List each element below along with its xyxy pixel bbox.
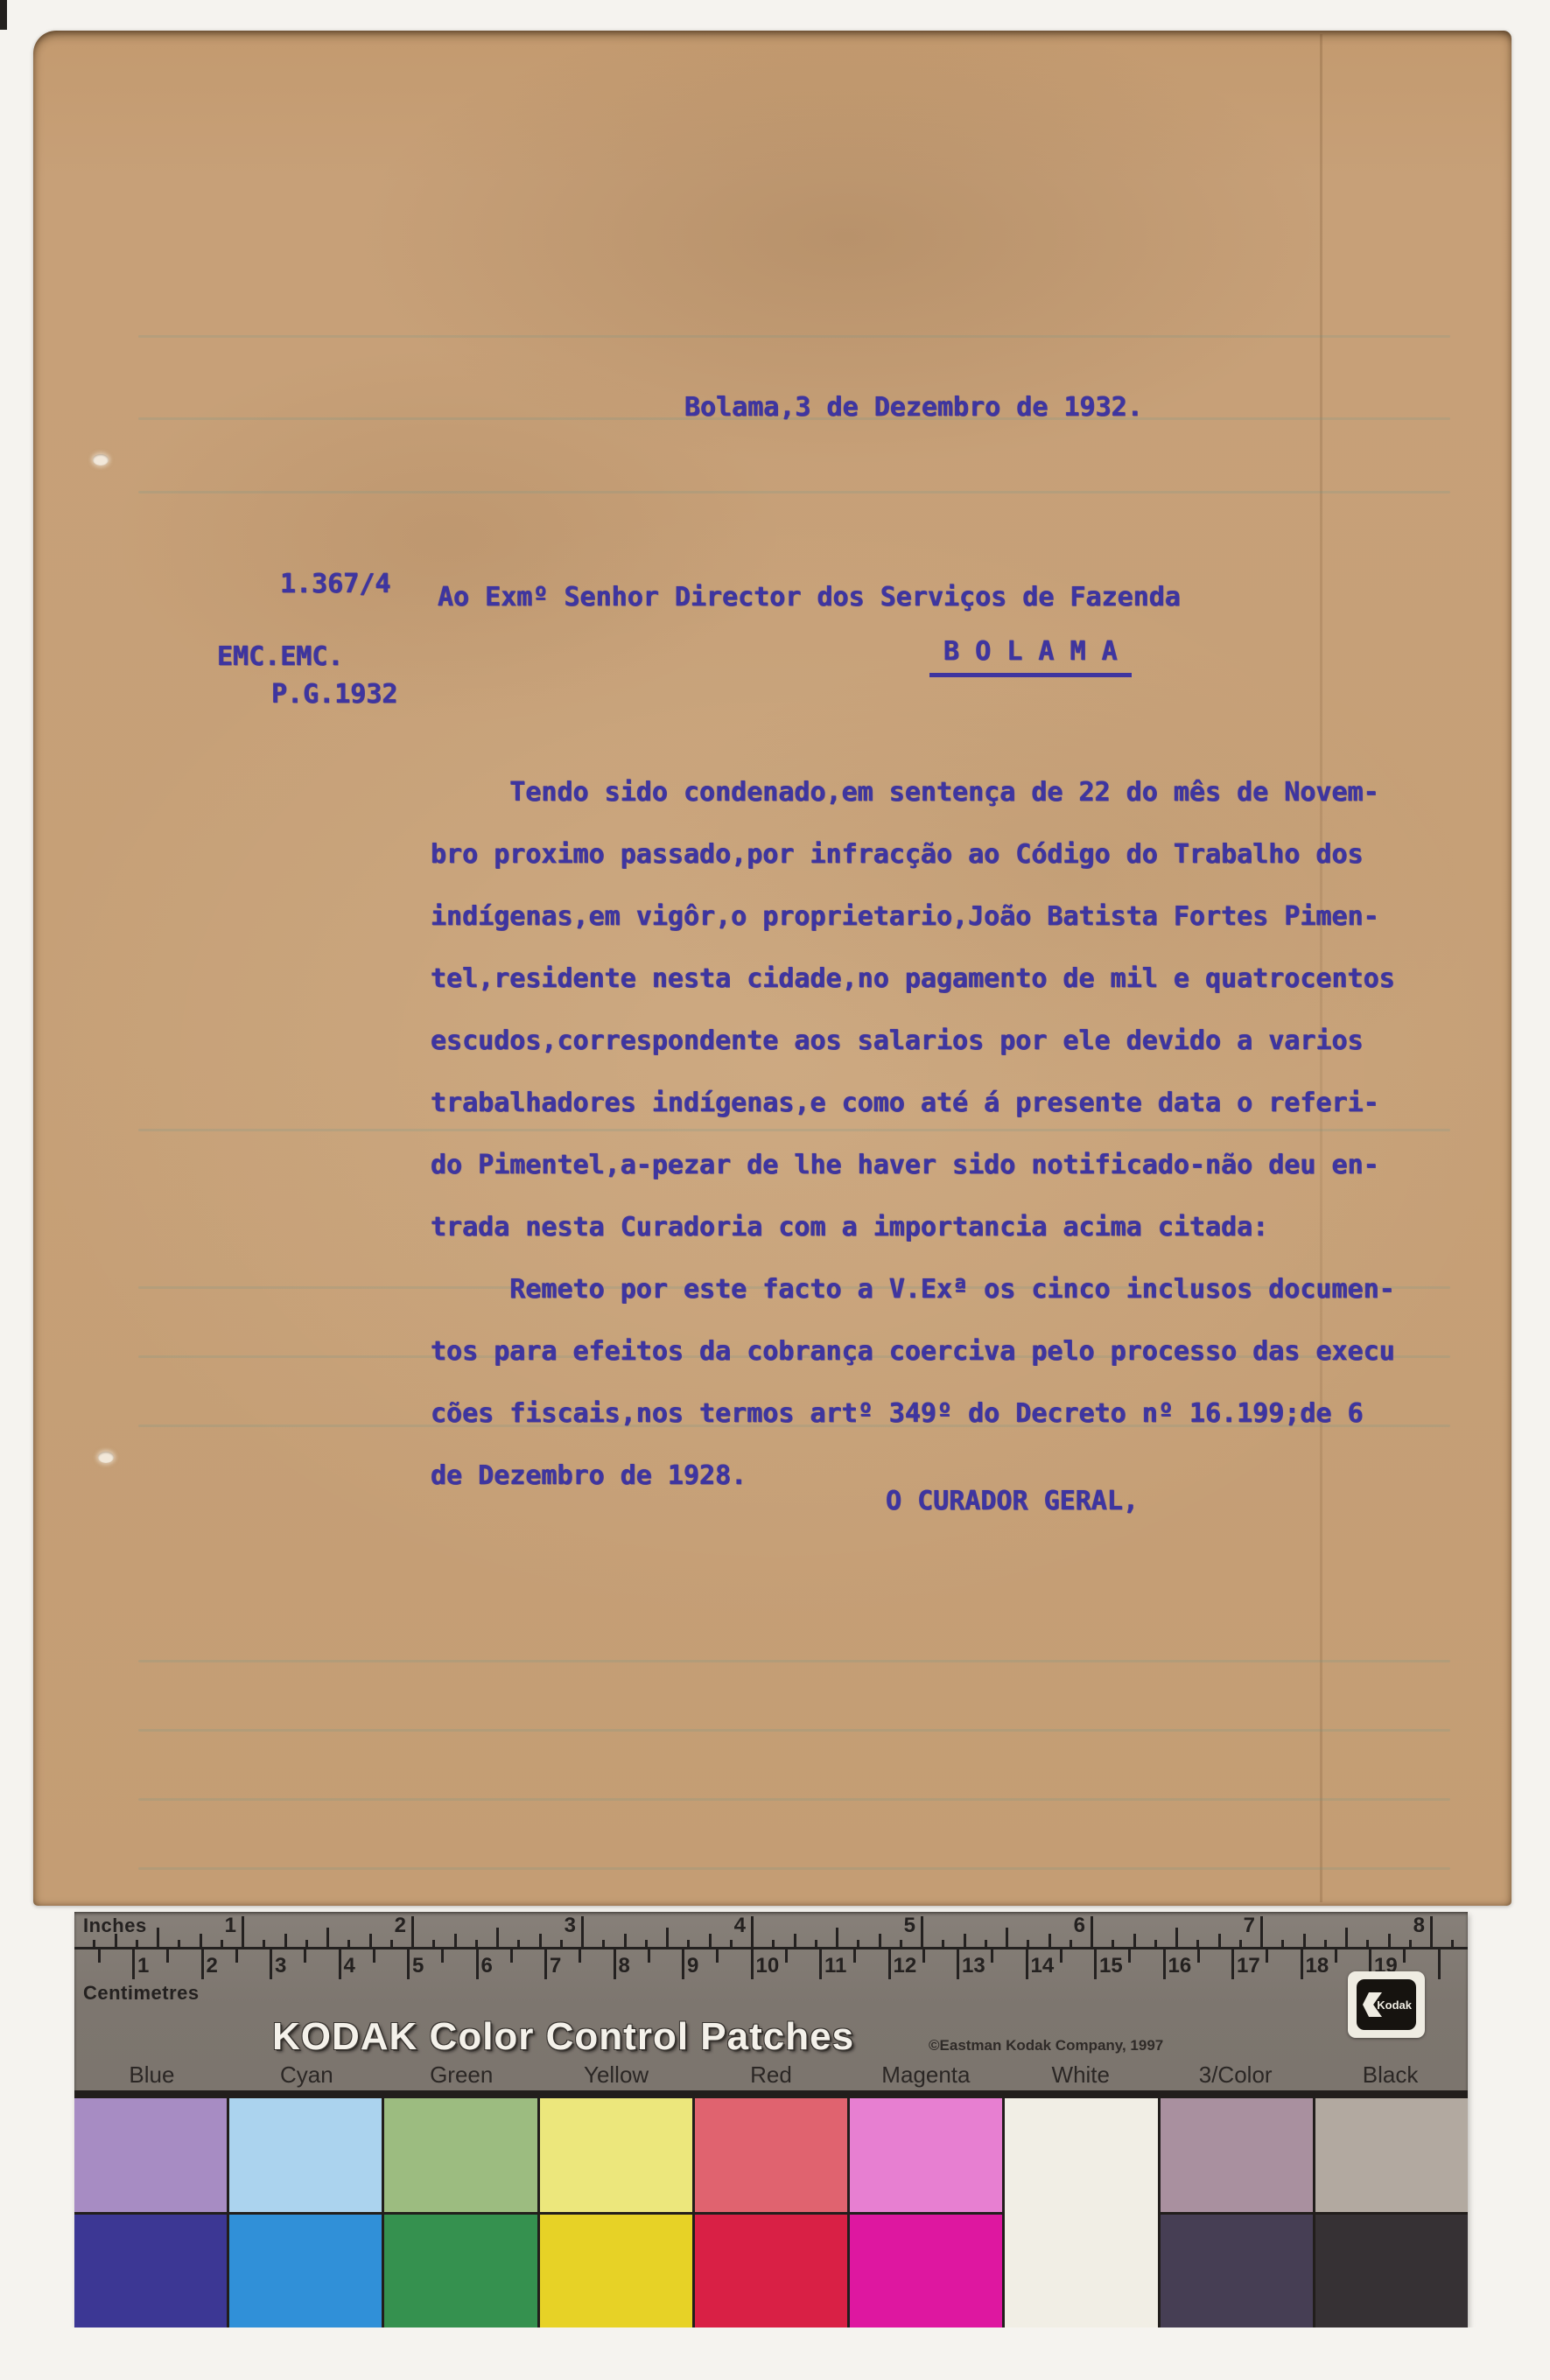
ruler-number: 12 xyxy=(894,1954,917,1978)
place-name-underlined: B O L A M A xyxy=(929,636,1132,677)
ruler-number: 8 xyxy=(619,1954,630,1978)
ruler-tick xyxy=(751,1949,754,1979)
scanner-background: Bolama,3 de Dezembro de 1932. 1.367/4 P.… xyxy=(0,0,1550,2380)
letter-body-line: tos para efeitos da cobrança coerciva pe… xyxy=(431,1320,1395,1382)
ruler-tick xyxy=(539,1934,542,1949)
ruler-number: 17 xyxy=(1237,1954,1260,1978)
ruler-number: 8 xyxy=(1397,1914,1425,1938)
ruler-tick xyxy=(407,1949,410,1979)
patch-3-color-dark xyxy=(1161,2215,1313,2328)
ruler-tick xyxy=(985,1940,987,1949)
patch-red-light xyxy=(695,2098,847,2212)
ruler-tick xyxy=(544,1949,547,1979)
ruler-tick xyxy=(730,1940,733,1949)
ruler-tick xyxy=(1112,1940,1114,1949)
ruler-tick xyxy=(454,1934,457,1949)
ruler-tick xyxy=(614,1949,616,1979)
ruled-line xyxy=(138,1660,1450,1662)
ruler-tick xyxy=(132,1949,135,1979)
ruler-tick xyxy=(326,1928,329,1949)
letter-page: Bolama,3 de Dezembro de 1932. 1.367/4 P.… xyxy=(33,31,1511,1906)
punch-hole xyxy=(93,454,109,465)
ruler-number: 15 xyxy=(1099,1954,1123,1978)
letter-body-line: bro proximo passado,por infracção ao Cód… xyxy=(431,823,1395,885)
ruler-tick xyxy=(1260,1916,1263,1949)
patch-magenta-light xyxy=(850,2098,1002,2212)
ruler-tick xyxy=(1345,1928,1348,1949)
ruler-tick xyxy=(879,1934,881,1949)
scanner-background-bottom xyxy=(0,2327,1550,2380)
ruler-number: 10 xyxy=(756,1954,780,1978)
patch-blue-light xyxy=(74,2098,227,2212)
kodak-logo-inner: Kodak xyxy=(1357,1979,1416,2030)
ruler-tick xyxy=(1133,1934,1136,1949)
ruler-tick xyxy=(441,1949,444,1963)
letter-body-line: do Pimentel,a-pezar de lhe haver sido no… xyxy=(431,1134,1395,1196)
patch-yellow-light xyxy=(540,2098,692,2212)
ruler-number: 1 xyxy=(137,1954,149,1978)
scan-edge-mark xyxy=(0,0,7,30)
ruler-tick xyxy=(1438,1949,1441,1979)
ruled-line xyxy=(138,335,1450,338)
ruler-number: 6 xyxy=(481,1954,493,1978)
ruler-tick xyxy=(921,1916,923,1949)
ruler-tick xyxy=(964,1934,966,1949)
ruler-tick xyxy=(857,1940,859,1949)
reference-line1: 1.367/4 xyxy=(280,566,398,603)
ruler-tick xyxy=(221,1940,223,1949)
ruler-tick xyxy=(560,1940,563,1949)
ruler-tick xyxy=(819,1949,822,1979)
ruler-tick xyxy=(1366,1940,1369,1949)
ruler-tick xyxy=(900,1940,902,1949)
ruler-tick xyxy=(682,1949,684,1979)
reference-line2: P.G.1932 xyxy=(271,676,398,713)
ruler-tick xyxy=(476,1949,479,1979)
ruler-tick xyxy=(201,1949,204,1979)
ruler-tick xyxy=(648,1949,650,1963)
patch-label-blue: Blue xyxy=(74,2061,229,2089)
ruler-tick xyxy=(1266,1949,1268,1963)
ruler-tick xyxy=(1070,1940,1072,1949)
ruler-tick xyxy=(1231,1949,1234,1979)
patch-3-color-light xyxy=(1161,2098,1313,2212)
closing-line: O CURADOR GERAL, xyxy=(886,1486,1139,1516)
ruler-tick xyxy=(579,1949,581,1963)
ruler-tick xyxy=(1006,1928,1008,1949)
ruler-number: 9 xyxy=(687,1954,698,1978)
ruler-number: 3 xyxy=(275,1954,286,1978)
reference-number: 1.367/4 P.G.1932 xyxy=(280,493,398,787)
patch-black-light xyxy=(1315,2098,1468,2212)
ruler-tick xyxy=(1388,1934,1391,1949)
ruler-number: 5 xyxy=(887,1914,915,1938)
ruler-tick xyxy=(1128,1949,1131,1963)
kodak-logo: Kodak xyxy=(1348,1971,1425,2038)
patch-label-yellow: Yellow xyxy=(539,2061,694,2089)
ruler-tick xyxy=(1451,1940,1454,1949)
patch-cyan-light xyxy=(229,2098,382,2212)
patch-blue-dark xyxy=(74,2215,227,2328)
patch-yellow-dark xyxy=(540,2215,692,2328)
ruler-tick xyxy=(687,1940,690,1949)
ruled-line xyxy=(138,1867,1450,1870)
ruler-tick xyxy=(624,1934,627,1949)
ruler-tick xyxy=(922,1949,925,1963)
ruler-number: 13 xyxy=(962,1954,985,1978)
ruler-tick xyxy=(853,1949,856,1963)
ruler-tick xyxy=(1218,1934,1221,1949)
ruler-tick xyxy=(645,1940,648,1949)
ruler-tick xyxy=(115,1934,117,1949)
ruler-number: 5 xyxy=(412,1954,424,1978)
ruler-tick xyxy=(1335,1949,1337,1963)
letter-body-line: cões fiscais,nos termos artº 349º do Dec… xyxy=(431,1382,1395,1445)
ruler-tick xyxy=(581,1916,584,1949)
patch-grid xyxy=(74,2090,1468,2327)
ruler-tick xyxy=(1281,1940,1284,1949)
ruler-number: 6 xyxy=(1057,1914,1085,1938)
ruler-tick xyxy=(836,1928,838,1949)
kodak-color-strip: Inches Centimetres 123456781234567891011… xyxy=(74,1912,1468,2327)
ruler-number: 2 xyxy=(378,1914,406,1938)
ruler-tick xyxy=(716,1949,719,1963)
ruler-tick xyxy=(1060,1949,1063,1963)
letter-body-line: Remeto por este facto a V.Exª os cinco i… xyxy=(431,1258,1395,1320)
ruler-tick xyxy=(1197,1949,1200,1963)
ruler-tick xyxy=(772,1940,775,1949)
ruler-tick xyxy=(178,1940,180,1949)
ruler-tick xyxy=(942,1940,944,1949)
ruler-tick xyxy=(432,1940,435,1949)
ruler-tick xyxy=(242,1916,244,1949)
letter-body-line: trada nesta Curadoria com a importancia … xyxy=(431,1196,1395,1258)
ruler-tick xyxy=(666,1928,669,1949)
ruler-tick xyxy=(602,1940,605,1949)
ruler-tick xyxy=(1403,1949,1406,1963)
ruler-tick xyxy=(1196,1940,1199,1949)
ruler-tick xyxy=(235,1949,238,1963)
ruler-tick xyxy=(93,1940,95,1949)
ruler-number: 1 xyxy=(208,1914,236,1938)
ruler-number: 16 xyxy=(1168,1954,1192,1978)
ruler-tick xyxy=(751,1916,754,1949)
ruler-tick xyxy=(1324,1940,1327,1949)
letter-body-line: trabalhadores indígenas,e como até á pre… xyxy=(431,1072,1395,1134)
patch-label-magenta: Magenta xyxy=(848,2061,1003,2089)
ruler-tick xyxy=(411,1916,414,1949)
punch-hole xyxy=(98,1452,114,1463)
ruler-number: 18 xyxy=(1306,1954,1329,1978)
ruler-tick xyxy=(1409,1940,1412,1949)
ruler-tick xyxy=(200,1934,202,1949)
ruler-number: 3 xyxy=(548,1914,576,1938)
ruler-tick xyxy=(347,1940,350,1949)
ruler-tick xyxy=(1027,1940,1029,1949)
ruler-tick xyxy=(517,1940,520,1949)
ruler-tick xyxy=(1301,1949,1303,1979)
ruler-number: 7 xyxy=(550,1954,561,1978)
ruler-tick xyxy=(390,1940,393,1949)
ruler-tick xyxy=(1154,1940,1157,1949)
letter-body: Tendo sido condenado,em sentença de 22 d… xyxy=(431,761,1395,1507)
ruler-tick xyxy=(496,1928,499,1949)
ruler-tick xyxy=(957,1949,959,1979)
ruler-tick xyxy=(369,1934,372,1949)
ruler-tick xyxy=(510,1949,513,1963)
ruler-tick xyxy=(166,1949,169,1963)
patch-labels-row: BlueCyanGreenYellowRedMagentaWhite3/Colo… xyxy=(74,2059,1468,2090)
date-line: Bolama,3 de Dezembro de 1932. xyxy=(684,392,1143,423)
ruler-tick xyxy=(1239,1940,1242,1949)
ruler-number: 2 xyxy=(207,1954,218,1978)
ruler-number: 7 xyxy=(1227,1914,1255,1938)
kodak-title: KODAK Color Control Patches xyxy=(272,2015,854,2059)
ruler-tick xyxy=(1049,1934,1051,1949)
ruler-tick xyxy=(1163,1949,1166,1979)
letter-body-line: tel,residente nesta cidade,no pagamento … xyxy=(431,948,1395,1010)
patch-white xyxy=(1005,2098,1157,2327)
patch-green-dark xyxy=(384,2215,537,2328)
patch-label-red: Red xyxy=(694,2061,849,2089)
ruler-tick xyxy=(709,1934,712,1949)
ruled-line xyxy=(138,1729,1450,1732)
ruler-tick xyxy=(1091,1916,1093,1949)
kodak-copyright: ©Eastman Kodak Company, 1997 xyxy=(929,2037,1163,2054)
patch-label-3-color: 3/Color xyxy=(1158,2061,1313,2089)
patch-label-black: Black xyxy=(1313,2061,1468,2089)
ruler-tick xyxy=(304,1949,306,1963)
kodak-logo-text: Kodak xyxy=(1377,1998,1412,2012)
initials: EMC.EMC. xyxy=(217,641,344,672)
ruler-tick xyxy=(1430,1916,1433,1949)
letter-body-line: indígenas,em vigôr,o proprietario,João B… xyxy=(431,885,1395,948)
ruler-tick xyxy=(305,1940,308,1949)
ruler-tick xyxy=(1175,1928,1178,1949)
ruler-tick xyxy=(991,1949,993,1963)
ruled-line xyxy=(138,1798,1450,1801)
addressee-line: Ao Exmº Senhor Director dos Serviços de … xyxy=(438,582,1181,612)
ruler-tick xyxy=(785,1949,788,1963)
ruler-tick xyxy=(339,1949,341,1979)
patch-cyan-dark xyxy=(229,2215,382,2328)
patch-black-dark xyxy=(1315,2215,1468,2328)
ruler-tick xyxy=(157,1928,159,1949)
ruler-tick xyxy=(1094,1949,1097,1979)
letter-body-line: Tendo sido condenado,em sentença de 22 d… xyxy=(431,761,1395,823)
ruler-tick xyxy=(1303,1934,1306,1949)
ruler-tick xyxy=(475,1940,478,1949)
ruler-tick xyxy=(98,1949,101,1963)
ruler-number: 11 xyxy=(824,1954,846,1978)
patch-label-green: Green xyxy=(384,2061,539,2089)
patch-red-dark xyxy=(695,2215,847,2328)
letter-body-line: escudos,correspondente aos salarios por … xyxy=(431,1010,1395,1072)
ruler-tick xyxy=(284,1934,287,1949)
ruler-tick xyxy=(270,1949,272,1979)
ruler-tick xyxy=(263,1940,265,1949)
ruler-number: 4 xyxy=(344,1954,355,1978)
patch-magenta-dark xyxy=(850,2215,1002,2328)
patch-label-cyan: Cyan xyxy=(229,2061,384,2089)
ruler-tick xyxy=(888,1949,891,1979)
ruler-tick xyxy=(136,1940,138,1949)
ruler-tick xyxy=(815,1940,817,1949)
patch-label-white: White xyxy=(1003,2061,1158,2089)
ruler-number: 4 xyxy=(718,1914,746,1938)
ruler-tick xyxy=(794,1934,796,1949)
ruler-tick xyxy=(373,1949,375,1963)
patch-green-light xyxy=(384,2098,537,2212)
centimetres-label: Centimetres xyxy=(83,1982,200,2005)
ruler-number: 14 xyxy=(1031,1954,1055,1978)
ruler-tick xyxy=(1026,1949,1028,1979)
